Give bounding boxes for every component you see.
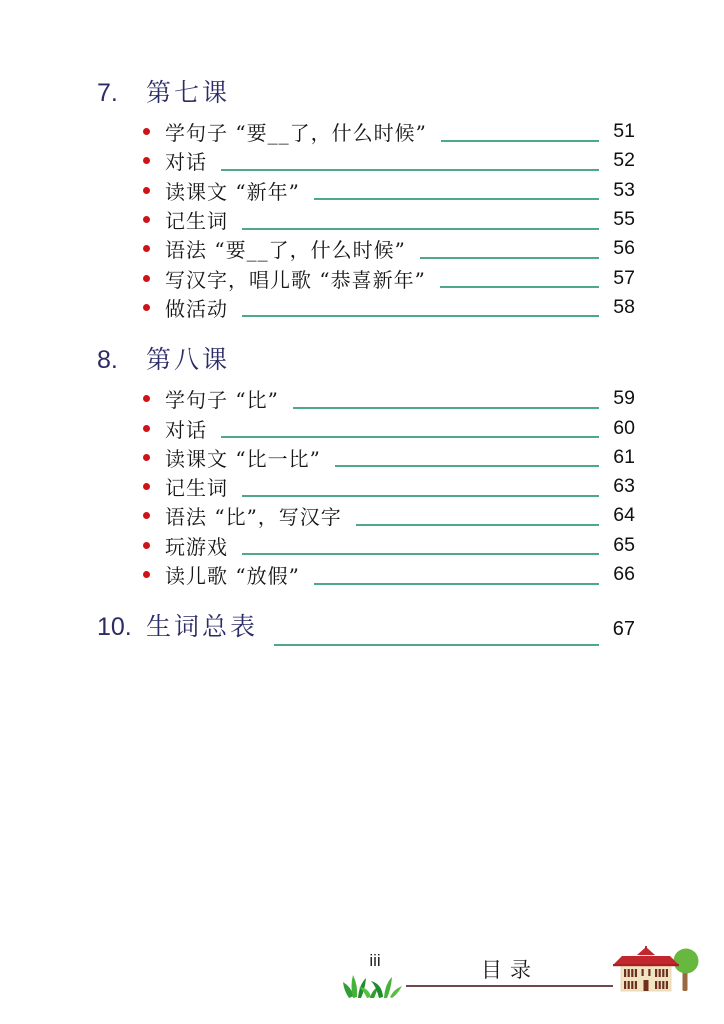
toc-item: 做活动58 <box>97 293 635 322</box>
section-heading: 7.第七课 <box>97 76 635 110</box>
page-number: 67 <box>605 612 635 646</box>
item-label: 读儿歌 “放假” <box>165 560 300 589</box>
page-number: 66 <box>605 563 635 586</box>
leader-line <box>314 583 599 585</box>
item-label: 记生词 <box>165 472 228 501</box>
item-label: 学句子 “要__了，什么时候” <box>165 117 427 146</box>
footer-section-label: 目录 <box>448 954 572 984</box>
page-number: 58 <box>605 296 635 319</box>
toc-item: 玩游戏65 <box>97 531 635 560</box>
bullet-icon <box>143 512 150 519</box>
item-label: 语法 “比”，写汉字 <box>165 501 342 530</box>
toc-item: 学句子 “要__了，什么时候”51 <box>97 117 635 146</box>
leader-line <box>441 140 599 142</box>
leader-line <box>420 257 599 259</box>
toc-item: 语法 “要__了，什么时候”56 <box>97 234 635 263</box>
bullet-icon <box>143 245 150 252</box>
bullet-icon <box>143 128 150 135</box>
section-heading: 8.第八课 <box>97 343 635 377</box>
toc-item: 对话52 <box>97 146 635 175</box>
item-label: 语法 “要__了，什么时候” <box>165 234 406 263</box>
bullet-icon <box>143 571 150 578</box>
toc-section-8: 8.第八课学句子 “比”59对话60读课文 “比一比”61记生词63语法 “比”… <box>97 343 635 589</box>
footer-rule <box>406 985 613 987</box>
toc-item: 学句子 “比”59 <box>97 384 635 413</box>
school-icon <box>613 946 705 993</box>
section-heading: 10.生词总表67 <box>97 610 635 646</box>
page-number: 55 <box>605 208 635 231</box>
toc-section-10: 10.生词总表67 <box>97 610 635 646</box>
item-label: 做活动 <box>165 293 228 322</box>
leader-line <box>356 524 599 526</box>
page-number: 57 <box>605 267 635 290</box>
folio-page-number: iii <box>356 951 394 971</box>
leader-line <box>274 644 599 646</box>
page-number: 59 <box>605 387 635 410</box>
toc-item: 读课文 “新年”53 <box>97 176 635 205</box>
toc-item: 读课文 “比一比”61 <box>97 443 635 472</box>
page-number: 52 <box>605 149 635 172</box>
leader-line <box>335 465 599 467</box>
bullet-icon <box>143 425 150 432</box>
toc-item: 语法 “比”，写汉字64 <box>97 501 635 530</box>
item-label: 对话 <box>165 146 207 175</box>
leader-line <box>242 495 599 497</box>
page-number: 64 <box>605 504 635 527</box>
leader-line <box>242 315 599 317</box>
page-number: 53 <box>605 179 635 202</box>
section-title: 生词总表 <box>146 610 258 644</box>
toc-item: 对话60 <box>97 413 635 442</box>
item-label: 读课文 “比一比” <box>165 443 321 472</box>
leader-line <box>242 553 599 555</box>
toc-item: 记生词63 <box>97 472 635 501</box>
bullet-icon <box>143 395 150 402</box>
bullet-icon <box>143 542 150 549</box>
leader-line <box>221 436 599 438</box>
toc-sections: 7.第七课学句子 “要__了，什么时候”51对话52读课文 “新年”53记生词5… <box>97 76 635 667</box>
page-number: 61 <box>605 446 635 469</box>
toc-item: 记生词55 <box>97 205 635 234</box>
bullet-icon <box>143 304 150 311</box>
item-label: 对话 <box>165 414 207 443</box>
page-number: 63 <box>605 475 635 498</box>
leader-line <box>221 169 599 171</box>
leader-line <box>440 286 599 288</box>
leader-line <box>314 198 599 200</box>
page-number: 51 <box>605 120 635 143</box>
item-label: 读课文 “新年” <box>165 176 300 205</box>
page-number: 60 <box>605 417 635 440</box>
item-label: 记生词 <box>165 205 228 234</box>
item-label: 学句子 “比” <box>165 384 279 413</box>
page-number: 56 <box>605 237 635 260</box>
bullet-icon <box>143 187 150 194</box>
section-title: 第八课 <box>146 343 230 377</box>
item-label: 写汉字，唱儿歌 “恭喜新年” <box>165 264 426 293</box>
bullet-icon <box>143 157 150 164</box>
section-number: 8. <box>97 343 146 377</box>
toc-item: 读儿歌 “放假”66 <box>97 560 635 589</box>
leader-line <box>242 228 599 230</box>
toc-item: 写汉字，唱儿歌 “恭喜新年”57 <box>97 263 635 292</box>
grass-icon <box>343 971 403 1000</box>
bullet-icon <box>143 216 150 223</box>
section-number: 10. <box>97 610 146 644</box>
item-label: 玩游戏 <box>165 531 228 560</box>
leader-line <box>293 407 599 409</box>
section-number: 7. <box>97 76 146 110</box>
page-number: 65 <box>605 534 635 557</box>
bullet-icon <box>143 454 150 461</box>
tree-icon <box>674 949 699 992</box>
toc-section-7: 7.第七课学句子 “要__了，什么时候”51对话52读课文 “新年”53记生词5… <box>97 76 635 322</box>
section-title: 第七课 <box>146 76 230 110</box>
bullet-icon <box>143 275 150 282</box>
toc-page: 7.第七课学句子 “要__了，什么时候”51对话52读课文 “新年”53记生词5… <box>0 0 724 1024</box>
bullet-icon <box>143 483 150 490</box>
